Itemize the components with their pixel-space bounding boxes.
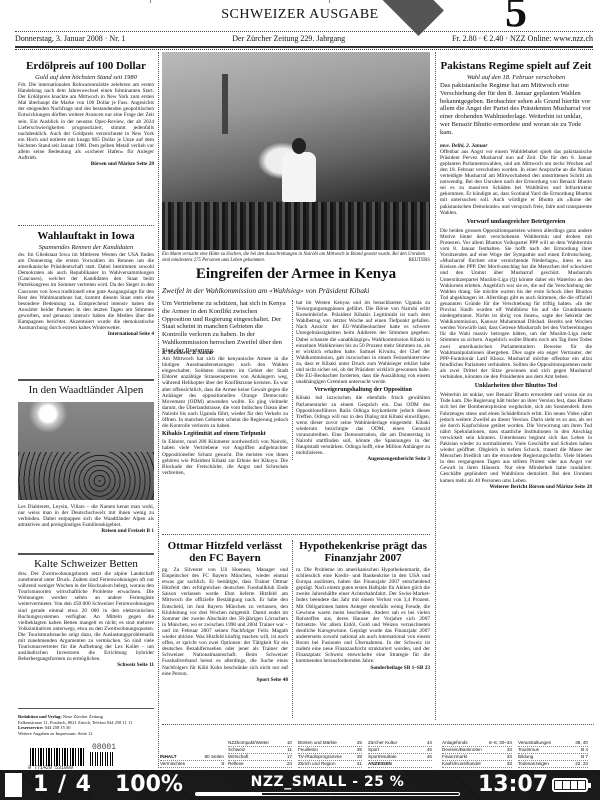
page-reference: Weiterer Bericht Börsen und Märkte Seite… (440, 484, 592, 490)
column-separator (292, 540, 293, 718)
toc-column: Anlagefonds6–8, 30–34 Devisen/Banknoten3… (442, 740, 512, 768)
article-iowa: Wahlauftakt in Iowa Spannendes Rennen de… (18, 230, 154, 337)
body: dw. Im Gliedstaat Iowa im Mittleren West… (18, 252, 154, 331)
subheading: Unklarheiten über Bhuttos Tod (440, 383, 592, 389)
column-separator (292, 300, 293, 460)
masthead-double-rule (15, 46, 593, 50)
body: pg. Zu Silvester von Uli Hoeness, Manage… (162, 567, 288, 677)
page-reference: Augenzeugenbericht Seite 3 (296, 456, 430, 462)
headline: Ottmar Hitzfeld verlässt den FC Bayern (162, 540, 288, 564)
page-reference: International Seite 4 (18, 331, 154, 337)
photo-caption: Ein Mann versucht eine Hütte zu löschen,… (162, 252, 430, 263)
imprint: Redaktion und Verlag: Neue Zürcher Zeitu… (18, 714, 158, 736)
reading-progress-bar[interactable] (195, 792, 460, 796)
toc-column: Veranstaltungen38, 40 TourismusB 4 Bildu… (518, 740, 588, 768)
body: dsw. Der Zweitwohnungsboom setzt die alp… (18, 571, 154, 662)
progress-fill (196, 793, 262, 795)
toc-column: Zürcher Kultur44 Sport45 Sportresultate4… (368, 740, 432, 768)
lead: Das pakistanische Regime hat am Mittwoch… (440, 82, 592, 137)
volume-info: Der Zürcher Zeitung 229. Jahrgang (232, 34, 345, 43)
headline: Kalte Schweizer Betten (18, 557, 154, 571)
article-mortgage: Hypothekenkrise prägt das Finanzjahr 200… (296, 540, 430, 671)
article-beds: Kalte Schweizer Betten dsw. Der Zweitwoh… (18, 557, 154, 669)
dateline: Donnerstag, 3. Januar 2008 · Nr. 1 Der Z… (15, 34, 593, 43)
headline: Pakistans Regime spielt auf Zeit (440, 60, 592, 73)
body: Les Diablerets, Leysin, Villars – die Na… (18, 504, 154, 528)
barcode-addon (90, 752, 114, 766)
page-reference: Börsen und Märkte Seite 28 (18, 161, 154, 167)
battery-icon (552, 778, 588, 792)
document-title: NZZ_SMALL - 25 % (195, 774, 460, 790)
page-reference: Schweiz Seite 11 (18, 662, 154, 668)
body: Fdr. Die internationalen Rohwarenmärkte … (18, 82, 154, 161)
divider (162, 534, 430, 535)
edition-title: SCHWEIZER AUSGABE (0, 7, 600, 23)
divider (162, 724, 594, 725)
subheading: Verweigerungshaltung der Opposition (296, 387, 430, 393)
issue-date: Donnerstag, 3. Januar 2008 · Nr. 1 (15, 34, 125, 43)
article-hitzfeld: Ottmar Hitzfeld verlässt den FC Bayern p… (162, 540, 288, 683)
column-separator (158, 52, 159, 768)
toc-column: NZZkompakt/Wetter10 Schweiz11 Wirtschaft… (228, 740, 292, 768)
page-reference: Sport Seite 48 (162, 677, 288, 683)
body: ra. Die Probleme im amerikanischen Hypot… (296, 567, 430, 665)
subhead: Spannendes Rennen der Kandidaten (18, 243, 154, 252)
article-pakistan: Pakistans Regime spielt auf Zeit Wahl au… (440, 60, 592, 490)
divider (18, 379, 154, 381)
page-indicator[interactable]: 1 / 4 (33, 772, 92, 797)
table-of-contents: INHALT80 Seiten Vermischtes8 NZZkompakt/… (160, 740, 600, 770)
barcode (30, 748, 86, 766)
zoom-level[interactable]: 100% (115, 772, 183, 797)
headline: Wahlauftakt in Iowa (18, 230, 154, 243)
clock: 13:07 (478, 772, 548, 797)
page-reference: Sonderbeilage SB 1–SB 23 (296, 665, 430, 671)
subhead: Gold auf dem höchsten Stand seit 1980 (18, 73, 154, 82)
divider (18, 225, 154, 226)
article-alps: In den Waadtländer Alpen (18, 383, 154, 397)
subhead: Wahl auf den 18. Februar verschoben (440, 73, 592, 82)
kenya-photo[interactable] (162, 52, 430, 250)
newspaper-page[interactable]: 5 SCHWEIZER AUSGABE Donnerstag, 3. Janua… (0, 0, 600, 770)
issue-code: 08001 (92, 743, 116, 752)
divider (18, 553, 154, 555)
divider (18, 708, 154, 709)
article-oil: Erdölpreis auf 100 Dollar Gold auf dem h… (18, 60, 154, 167)
kenya-lead: Um Vertriebene zu schützen, hat sich in … (162, 300, 288, 355)
headline: Erdölpreis auf 100 Dollar (18, 60, 154, 73)
price-info: Fr. 2.80 · € 2.40 · NZZ Online: www.nzz.… (452, 34, 593, 43)
toc-intro: INHALT80 Seiten Vermischtes8 (160, 740, 224, 768)
headline: In den Waadtländer Alpen (18, 383, 154, 397)
masthead-rule (15, 31, 593, 32)
kenya-headline: Eingreifen der Armee in Kenya (162, 266, 430, 283)
menu-block-icon[interactable] (5, 773, 22, 797)
reader-status-bar: 1 / 4 100% NZZ_SMALL - 25 % 13:07 (0, 770, 600, 800)
page-reference: Reisen und Freizeit B 1 (18, 528, 154, 534)
subheading: Vorwurf umfangreicher Betrügereien (440, 219, 592, 225)
photo-credit: REUTERS (409, 258, 430, 264)
toc-column: Börsen und Märkte25 Feuilleton35 TV-/Rad… (298, 740, 362, 768)
kenya-body-left: K. P. Eldoret, 2. Januar Am Mittwoch hat… (162, 350, 288, 476)
alps-teaser: Les Diablerets, Leysin, Villars – die Na… (18, 504, 154, 534)
subheading: Kibakis Legitimität auf einem Tiefpunkt (162, 431, 288, 437)
column-separator (435, 52, 436, 720)
kenya-subhead: Zweifel in der Wahlkommission am «Wahlsi… (162, 286, 430, 295)
alps-photo[interactable] (18, 402, 154, 500)
masthead-frame (150, 0, 330, 3)
headline: Hypothekenkrise prägt das Finanzjahr 200… (296, 540, 430, 564)
kenya-body-right: hat im Westen Kenyas und im benachbarten… (296, 300, 430, 462)
